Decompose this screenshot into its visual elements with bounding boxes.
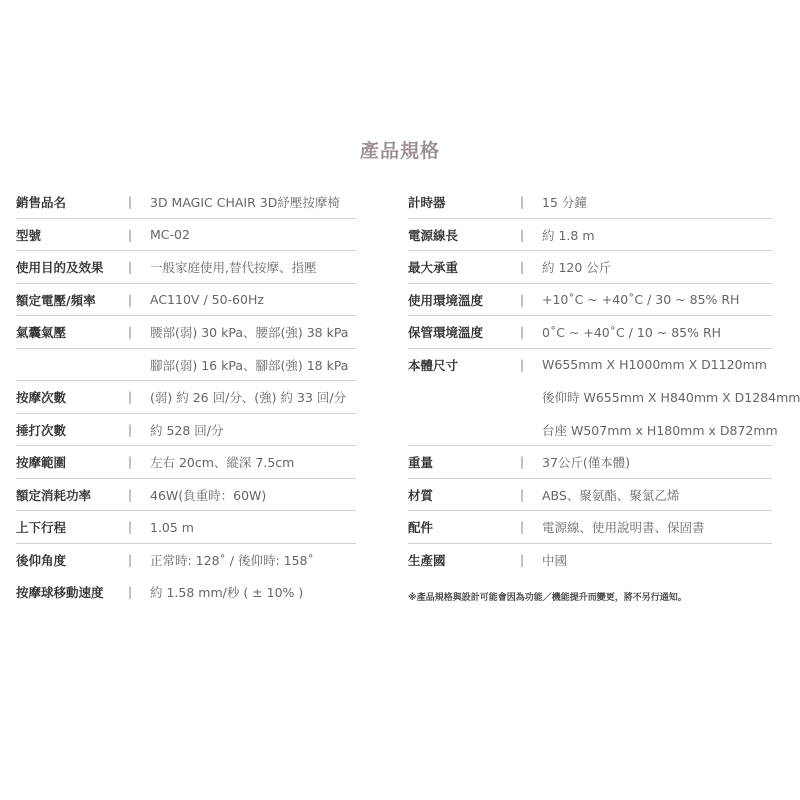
spec-label: 額定電壓/頻率 <box>16 291 128 309</box>
spec-row: 腳部(弱) 16 kPa、腳部(強) 18 kPa <box>16 349 356 382</box>
spec-row: 按摩球移動速度|約 1.58 mm/秒 ( ± 10% ) <box>16 576 356 609</box>
separator: | <box>128 325 150 339</box>
spec-value: 15 分鐘 <box>542 193 587 211</box>
spec-label: 計時器 <box>408 193 520 211</box>
spec-value: 腳部(弱) 16 kPa、腳部(強) 18 kPa <box>150 356 348 374</box>
separator: | <box>128 585 150 599</box>
spec-value: MC-02 <box>150 227 190 242</box>
spec-value: 左右 20cm、縱深 7.5cm <box>150 453 294 471</box>
spec-table-left: 銷售品名|3D MAGIC CHAIR 3D紓壓按摩椅型號|MC-02使用目的及… <box>16 186 356 609</box>
spec-label: 材質 <box>408 486 520 504</box>
spec-value: 0˚C ~ +40˚C / 10 ~ 85% RH <box>542 325 721 340</box>
spec-value: 電源線、使用說明書、保固書 <box>542 518 705 536</box>
spec-table-right: 計時器|15 分鐘電源線長|約 1.8 m最大承重|約 120 公斤使用環境溫度… <box>408 186 772 576</box>
spec-row: 計時器|15 分鐘 <box>408 186 772 219</box>
spec-row: 配件|電源線、使用說明書、保固書 <box>408 511 772 544</box>
separator: | <box>520 195 542 209</box>
spec-label: 銷售品名 <box>16 193 128 211</box>
spec-label: 使用目的及效果 <box>16 258 128 276</box>
spec-row: 電源線長|約 1.8 m <box>408 219 772 252</box>
spec-value: +10˚C ~ +40˚C / 30 ~ 85% RH <box>542 292 739 307</box>
spec-value: 3D MAGIC CHAIR 3D紓壓按摩椅 <box>150 193 340 211</box>
separator: | <box>128 553 150 567</box>
spec-value: 正常時: 128˚ / 後仰時: 158˚ <box>150 551 314 569</box>
spec-label: 重量 <box>408 453 520 471</box>
spec-value: 約 120 公斤 <box>542 258 611 276</box>
separator: | <box>128 195 150 209</box>
spec-label: 本體尺寸 <box>408 356 520 374</box>
spec-value: 46W(負重時：60W) <box>150 486 266 504</box>
spec-label: 使用環境溫度 <box>408 291 520 309</box>
spec-label: 後仰角度 <box>16 551 128 569</box>
separator: | <box>520 520 542 534</box>
spec-row: 捶打次數|約 528 回/分 <box>16 414 356 447</box>
spec-row: 額定消耗功率|46W(負重時：60W) <box>16 479 356 512</box>
spec-value: 一般家庭使用,替代按摩、指壓 <box>150 258 316 276</box>
spec-label: 生產國 <box>408 551 520 569</box>
spec-row: 生產國|中國 <box>408 544 772 577</box>
spec-row: 最大承重|約 120 公斤 <box>408 251 772 284</box>
spec-label: 額定消耗功率 <box>16 486 128 504</box>
separator: | <box>128 520 150 534</box>
separator: | <box>128 390 150 404</box>
spec-value: ABS、聚氨酯、聚氯乙烯 <box>542 486 679 504</box>
spec-row: 本體尺寸|W655mm X H1000mm X D1120mm <box>408 349 772 382</box>
spec-row: 按摩次數|(弱) 約 26 回/分、(強) 約 33 回/分 <box>16 381 356 414</box>
spec-row: 材質|ABS、聚氨酯、聚氯乙烯 <box>408 479 772 512</box>
spec-value: 後仰時 W655mm X H840mm X D1284mm <box>542 388 800 406</box>
disclaimer-note: ※產品規格與設計可能會因為功能／機能提升而變更，將不另行通知。 <box>408 590 687 603</box>
spec-label: 保管環境溫度 <box>408 323 520 341</box>
spec-row: 銷售品名|3D MAGIC CHAIR 3D紓壓按摩椅 <box>16 186 356 219</box>
spec-label: 按摩球移動速度 <box>16 583 128 601</box>
spec-row: 台座 W507mm x H180mm x D872mm <box>408 414 772 447</box>
spec-value: 約 1.8 m <box>542 226 595 244</box>
spec-row: 額定電壓/頻率|AC110V / 50-60Hz <box>16 284 356 317</box>
spec-label: 按摩範圍 <box>16 453 128 471</box>
separator: | <box>128 423 150 437</box>
spec-label: 捶打次數 <box>16 421 128 439</box>
spec-value: 約 1.58 mm/秒 ( ± 10% ) <box>150 583 303 601</box>
spec-value: 腰部(弱) 30 kPa、腰部(強) 38 kPa <box>150 323 348 341</box>
separator: | <box>128 488 150 502</box>
spec-label: 按摩次數 <box>16 388 128 406</box>
separator: | <box>520 488 542 502</box>
spec-row: 後仰角度|正常時: 128˚ / 後仰時: 158˚ <box>16 544 356 577</box>
separator: | <box>128 260 150 274</box>
spec-row: 上下行程|1.05 m <box>16 511 356 544</box>
spec-row: 保管環境溫度|0˚C ~ +40˚C / 10 ~ 85% RH <box>408 316 772 349</box>
spec-value: 中國 <box>542 551 567 569</box>
spec-value: (弱) 約 26 回/分、(強) 約 33 回/分 <box>150 388 346 406</box>
spec-value: 約 528 回/分 <box>150 421 224 439</box>
spec-row: 型號|MC-02 <box>16 219 356 252</box>
spec-label: 型號 <box>16 226 128 244</box>
separator: | <box>520 260 542 274</box>
separator: | <box>520 325 542 339</box>
separator: | <box>520 553 542 567</box>
spec-row: 後仰時 W655mm X H840mm X D1284mm <box>408 381 772 414</box>
spec-value: 台座 W507mm x H180mm x D872mm <box>542 421 778 439</box>
separator: | <box>520 293 542 307</box>
separator: | <box>520 358 542 372</box>
spec-label: 最大承重 <box>408 258 520 276</box>
spec-value: W655mm X H1000mm X D1120mm <box>542 357 767 372</box>
separator: | <box>128 293 150 307</box>
spec-label: 配件 <box>408 518 520 536</box>
spec-row: 重量|37公斤(僅本體) <box>408 446 772 479</box>
separator: | <box>520 228 542 242</box>
spec-label: 上下行程 <box>16 518 128 536</box>
spec-value: 1.05 m <box>150 520 194 535</box>
spec-label: 電源線長 <box>408 226 520 244</box>
spec-row: 氣囊氣壓|腰部(弱) 30 kPa、腰部(強) 38 kPa <box>16 316 356 349</box>
separator: | <box>128 228 150 242</box>
page-title: 產品規格 <box>0 136 800 163</box>
spec-label: 氣囊氣壓 <box>16 323 128 341</box>
spec-value: AC110V / 50-60Hz <box>150 292 264 307</box>
spec-row: 使用目的及效果|一般家庭使用,替代按摩、指壓 <box>16 251 356 284</box>
separator: | <box>520 455 542 469</box>
spec-value: 37公斤(僅本體) <box>542 453 630 471</box>
spec-row: 按摩範圍|左右 20cm、縱深 7.5cm <box>16 446 356 479</box>
separator: | <box>128 455 150 469</box>
spec-row: 使用環境溫度|+10˚C ~ +40˚C / 30 ~ 85% RH <box>408 284 772 317</box>
